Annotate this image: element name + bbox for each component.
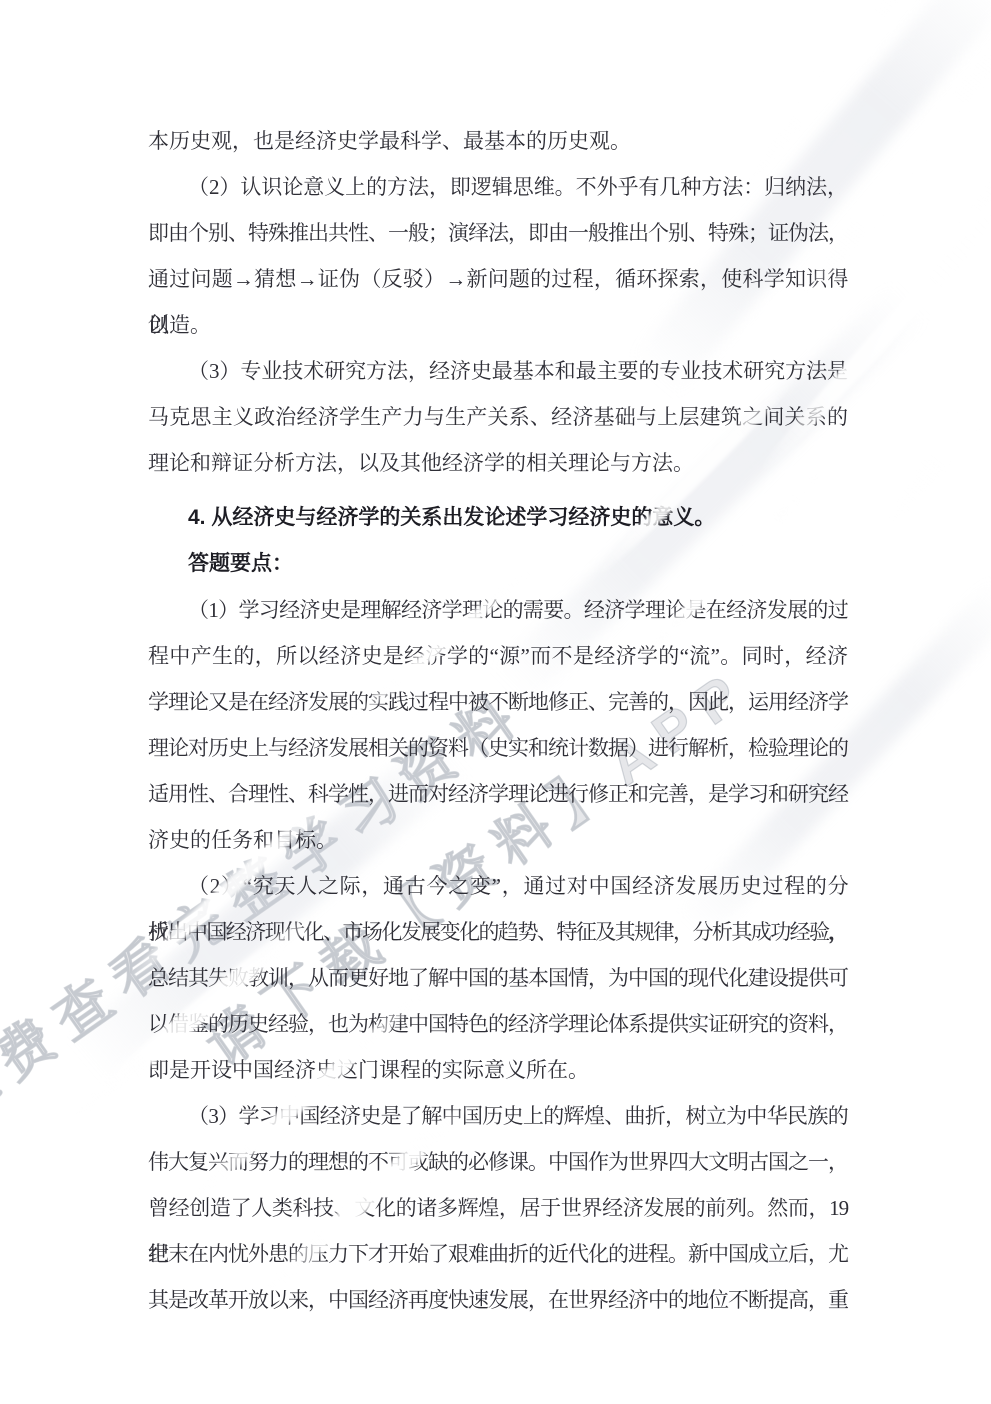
text-line: 曾经创造了人类科技、文化的诸多辉煌，居于世界经济发展的前列。然而，19 世 [148, 1185, 848, 1231]
text-line: 本历史观，也是经济史学最科学、最基本的历史观。 [148, 118, 848, 164]
heading-line: 答题要点： [148, 541, 848, 587]
heading-line: 4. 从经济史与经济学的关系出发论述学习经济史的意义。 [148, 495, 848, 541]
text-line: 总结其失败教训，从而更好地了解中国的基本国情，为中国的现代化建设提供可 [148, 955, 848, 1001]
text-line: 以借鉴的历史经验，也为构建中国特色的经济学理论体系提供实证研究的资料， [148, 1001, 848, 1047]
text-line: 即由个别、特殊推出共性、一般；演绎法，即由一般推出个别、特殊；证伪法， [148, 210, 848, 256]
text-line: （2）认识论意义上的方法，即逻辑思维。不外乎有几种方法：归纳法， [148, 164, 848, 210]
text-line: 理论和辩证分析方法，以及其他经济学的相关理论与方法。 [148, 440, 848, 486]
text-line: 即是开设中国经济史这门课程的实际意义所在。 [148, 1047, 848, 1093]
text-line: 济史的任务和目标。 [148, 817, 848, 863]
text-line: （1）学习经济史是理解经济学理论的需要。经济学理论是在经济发展的过 [148, 587, 848, 633]
brush-streak [879, 295, 991, 532]
text-line: 纪末在内忧外患的压力下才开始了艰难曲折的近代化的进程。新中国成立后，尤 [148, 1231, 848, 1277]
text-line: 程中产生的，所以经济史是经济学的“源”而不是经济学的“流”。同时，经济 [148, 633, 848, 679]
text-line: （3）专业技术研究方法，经济史最基本和最主要的专业技术研究方法是 [148, 348, 848, 394]
text-line: （3）学习中国经济史是了解中国历史上的辉煌、曲折，树立为中华民族的 [148, 1093, 848, 1139]
text-line: 伟大复兴而努力的理想的不可或缺的必修课。中国作为世界四大文明古国之一， [148, 1139, 848, 1185]
text-line: 通过问题→猜想→证伪（反驳）→新问题的过程，循环探索，使科学知识得以 [148, 256, 848, 302]
text-line: 马克思主义政治经济学生产力与生产关系、经济基础与上层建筑之间关系的 [148, 394, 848, 440]
text-line: 适用性、合理性、科学性，进而对经济学理论进行修正和完善，是学习和研究经 [148, 771, 848, 817]
text-line: 创造。 [148, 302, 848, 348]
text-line: 学理论又是在经济发展的实践过程中被不断地修正、完善的，因此，运用经济学 [148, 679, 848, 725]
text-line: 理论对历史上与经济发展相关的资料（史实和统计数据）进行解析，检验理论的 [148, 725, 848, 771]
page: { "page": { "width": 991, "height": 1404… [0, 0, 991, 1404]
text-line: 其是改革开放以来，中国经济再度快速发展，在世界经济中的地位不断提高，重 [148, 1277, 848, 1323]
brush-streak [848, 135, 991, 389]
document-body: 本历史观，也是经济史学最科学、最基本的历史观。（2）认识论意义上的方法，即逻辑思… [148, 118, 848, 1323]
text-line: （2）“究天人之际，通古今之变”，通过对中国经济发展历史过程的分析， [148, 863, 848, 909]
text-line: 找出中国经济现代化、市场化发展变化的趋势、特征及其规律，分析其成功经验， [148, 909, 848, 955]
